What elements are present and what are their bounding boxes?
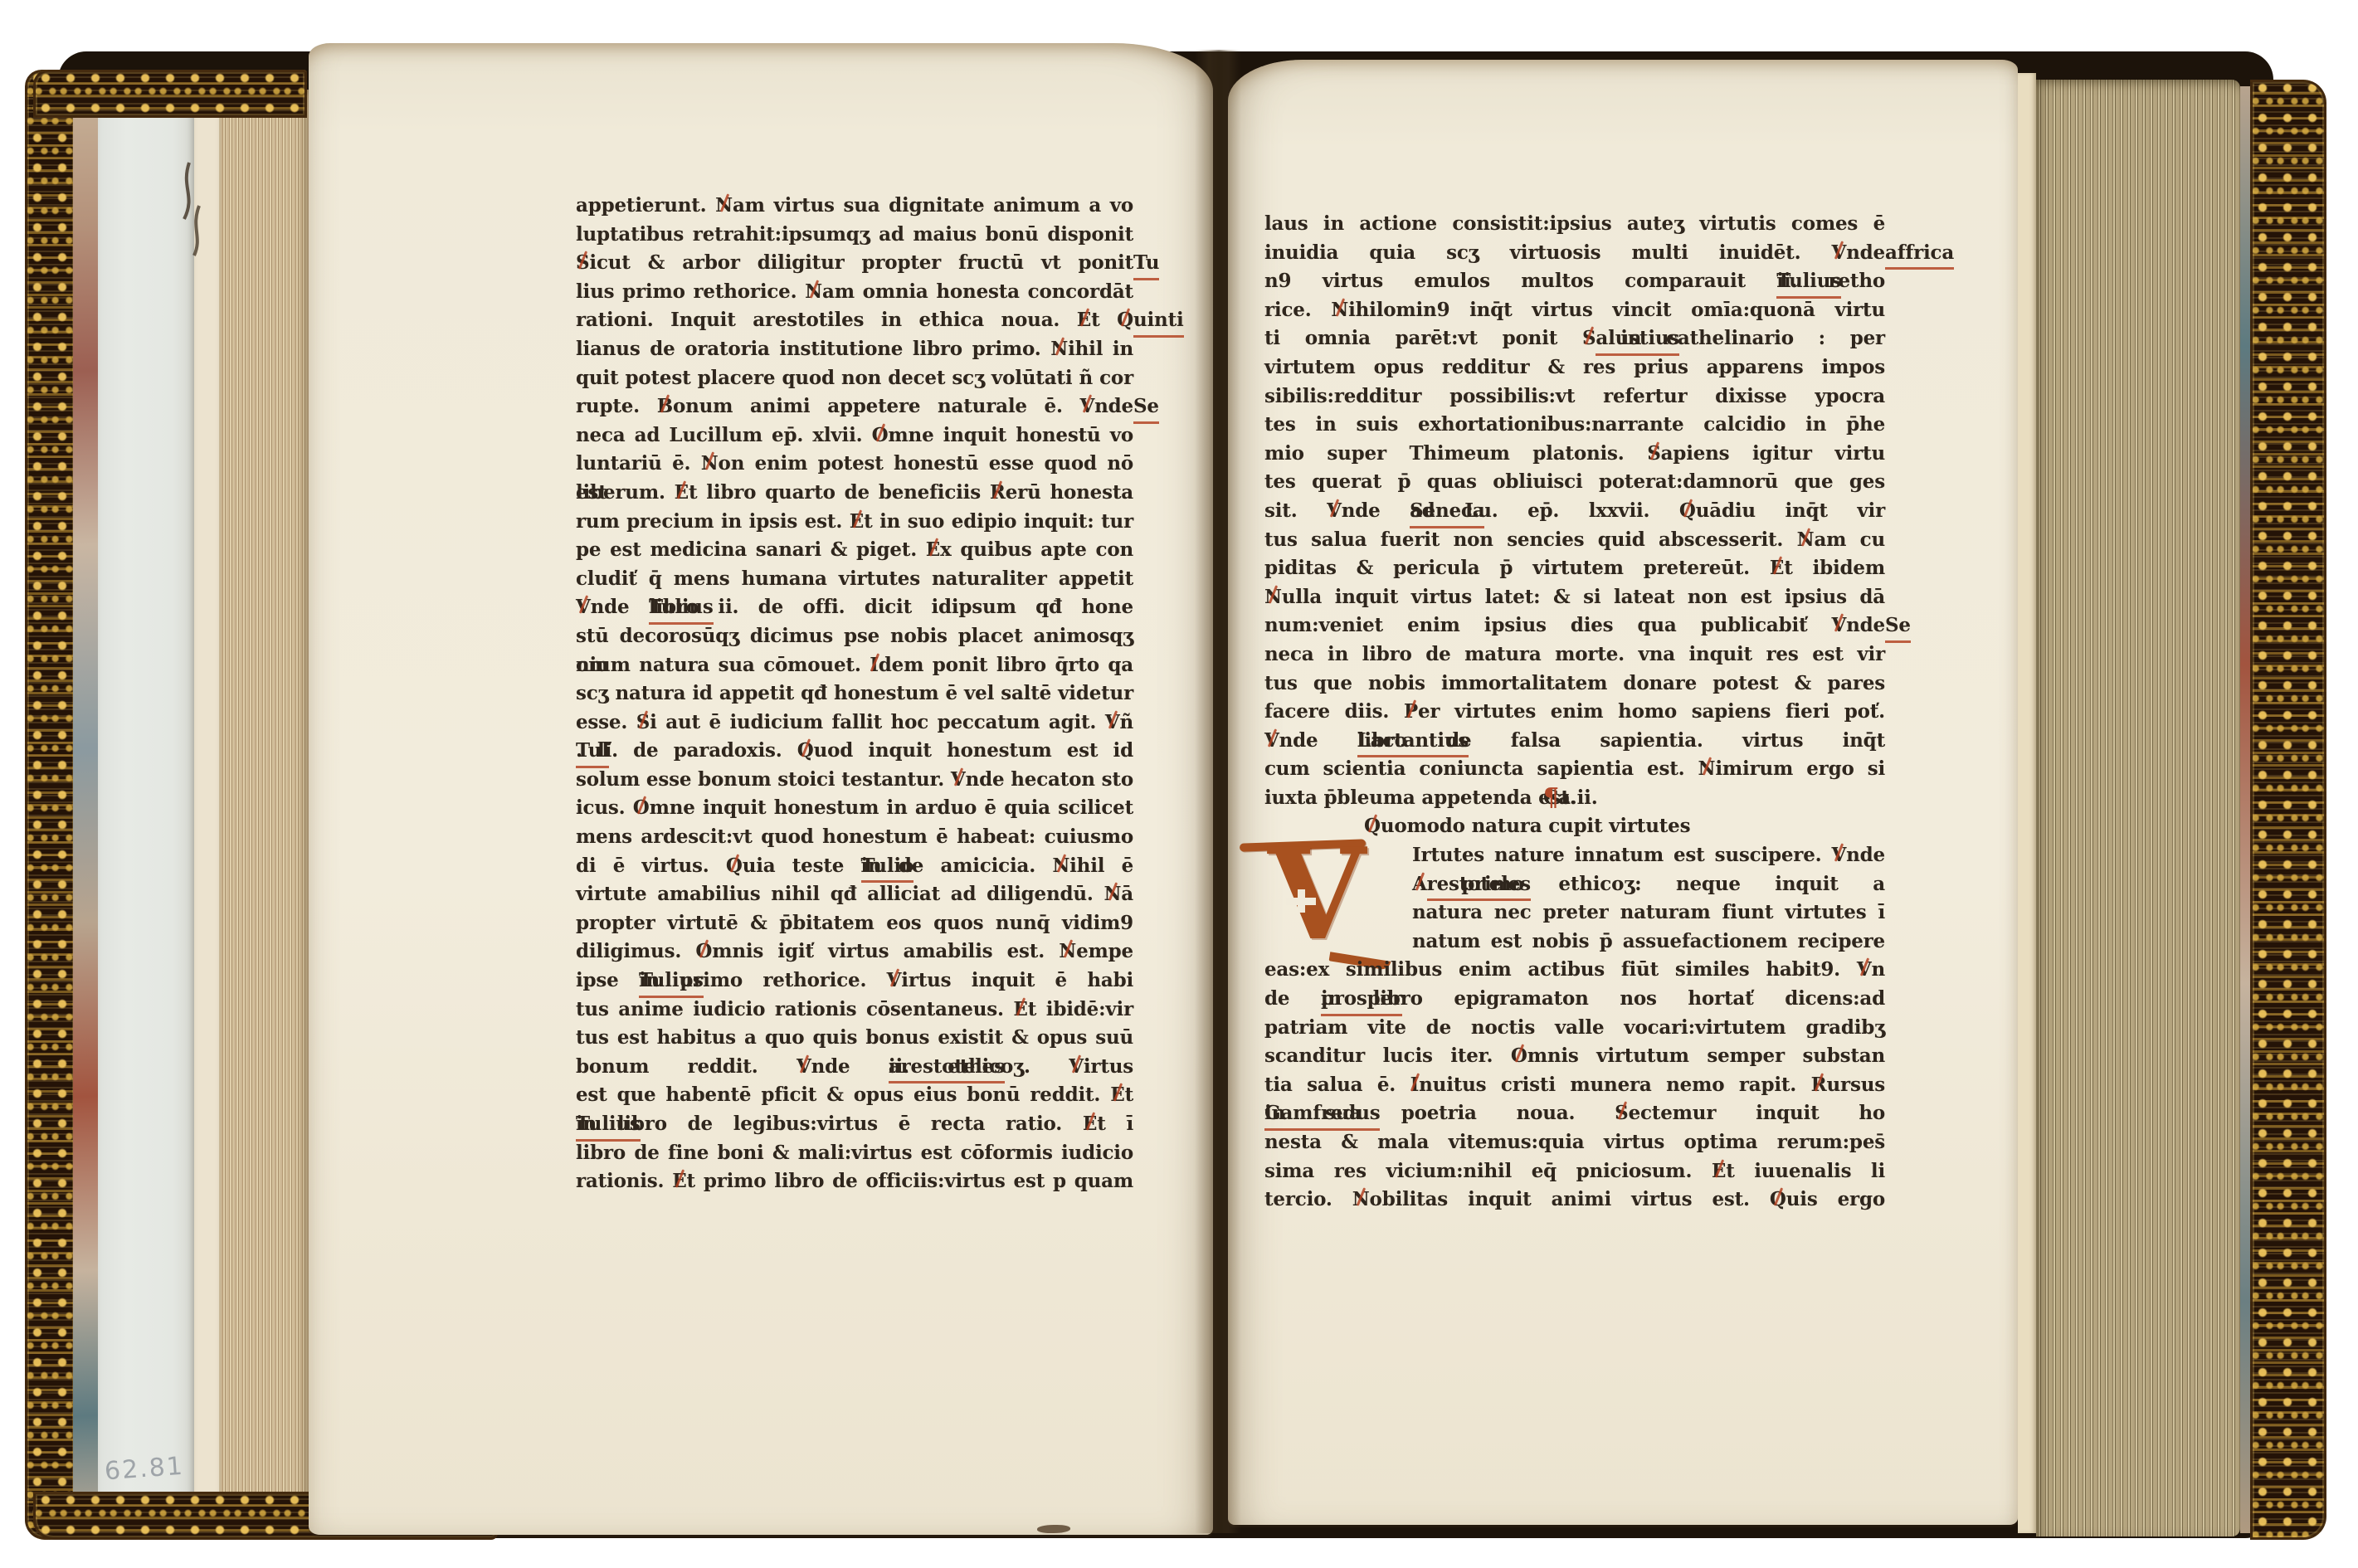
text-line: tus est habitus a quo quis bonus existit… <box>576 1024 1133 1053</box>
text-line: mio super Thimeum platonis. Sapiens igit… <box>1264 440 1885 469</box>
rubricated-capital: N <box>715 192 733 221</box>
rubricated-capital: I <box>1410 1071 1420 1100</box>
text-line: icus. Omne inquit honestum in arduo ē qu… <box>576 794 1133 823</box>
rubricated-capital: V <box>1327 497 1342 526</box>
rubricated-capital: I <box>870 651 879 680</box>
rubricated-capital: O <box>633 794 650 823</box>
rubricated-capital: R <box>1811 1071 1827 1100</box>
right-page-text-column: laus in actione consistit:ipsius auteʒ v… <box>1264 210 1885 1215</box>
interleaf-edge <box>194 93 221 1527</box>
ink-marks <box>171 159 221 259</box>
red-underlined-name: Tulio <box>861 852 914 884</box>
rubricated-capital: E <box>1013 996 1027 1025</box>
red-underlined-name: Lactantius <box>1357 727 1469 758</box>
rubricated-capital: V <box>1105 709 1120 738</box>
red-underlined-name: uinti <box>1133 306 1184 338</box>
rubricated-capital: N <box>1698 755 1716 784</box>
rubricated-capital: E <box>675 479 689 508</box>
text-line: Tulius in libro de legibus:virtus ē rect… <box>576 1110 1133 1139</box>
red-underlined-name: Se <box>1885 611 1911 643</box>
red-underlined-name: Tu <box>1133 249 1159 280</box>
rubricated-capital: B <box>657 392 673 421</box>
chapter-number-note: ¶Ca.ii. <box>1543 784 1598 813</box>
rubricated-capital: V <box>797 1053 811 1082</box>
rubricated-capital: E <box>1712 1157 1726 1186</box>
rubricated-capital: V <box>1264 727 1279 756</box>
rubricated-capital: E <box>926 536 940 565</box>
red-underlined-name: Tulius <box>639 967 704 998</box>
red-text: ¶ <box>1543 784 1559 813</box>
text-line: cludiť q̄ mens humana virtutes naturalit… <box>576 565 1133 594</box>
text-line: tes in suis exhortationibus:narrante cal… <box>1264 411 1885 440</box>
red-underlined-name: Gamfredus <box>1264 1099 1380 1131</box>
rubricated-capital: V <box>576 593 591 622</box>
text-line: appetierunt. Nam virtus sua dignitate an… <box>576 192 1133 221</box>
rubricated-capital: O <box>1511 1042 1527 1071</box>
rubricated-capital: P <box>1404 698 1418 727</box>
text-line: Gamfredus in sua poetria noua. Sectemur … <box>1264 1099 1885 1128</box>
flyleaf-edge: 62.81 <box>98 86 194 1530</box>
rubricated-capital: E <box>1083 1110 1097 1139</box>
rubricated-capital: S <box>1582 324 1596 353</box>
text-line: rationis. Et primo libro de officiis:vir… <box>576 1167 1133 1196</box>
red-underlined-name: restoteles <box>1427 870 1531 902</box>
text-line: n9 virtus emulos multos comparauit Tuliu… <box>1264 267 1885 296</box>
red-underlined-name: Tulius <box>576 1110 641 1142</box>
rubricated-capital: O <box>872 421 889 450</box>
text-line: num:veniet enim ipsius dies qua publicab… <box>1264 611 1885 640</box>
rubricated-capital: A <box>1412 870 1427 899</box>
rubricated-capital: N <box>1797 526 1815 555</box>
text-line: tus que nobis immortalitatem donare pote… <box>1264 670 1885 699</box>
left-cover-gilt-border <box>25 70 76 1540</box>
rubricated-capital: O <box>695 937 712 967</box>
text-line: iuxta p̄bleuma appetenda est.¶Ca.ii. <box>1264 784 1885 813</box>
text-line: neca ad Lucillum ep̄. xlvii. Omne inquit… <box>576 421 1133 450</box>
rubricated-capital: E <box>1770 554 1784 583</box>
page-edges-left <box>221 90 309 1530</box>
fore-edge-right <box>2036 80 2240 1536</box>
text-line: lianus de oratoria institutione libro pr… <box>576 335 1133 364</box>
fore-edge-highlight <box>2018 73 2036 1533</box>
text-line: di ē virtus. Quia teste Tulio in de amic… <box>576 852 1133 881</box>
rubricated-capital: Q <box>1117 306 1133 335</box>
text-line: libro de fine boni & mali:virtus est cōf… <box>576 1139 1133 1168</box>
rubricated-capital: Q <box>1679 497 1696 526</box>
text-line: rice. Nihilomin9 inq̄t virtus vincit omī… <box>1264 296 1885 325</box>
text-line: facere diis. Per virtutes enim homo sapi… <box>1264 698 1885 727</box>
text-line: liberum. Et libro quarto de beneficiis R… <box>576 479 1133 508</box>
rubricated-capital: E <box>1110 1081 1124 1110</box>
text-line: scanditur lucis iter. Omnis virtutum sem… <box>1264 1042 1885 1071</box>
left-page: appetierunt. Nam virtus sua dignitate an… <box>309 43 1213 1535</box>
text-line: Vnde Tulius libro ii. de offi. dicit idi… <box>576 593 1133 622</box>
text-line: cum scientia coniuncta sapientia est. Ni… <box>1264 755 1885 784</box>
text-line: sima res vicium:nihil eq̄ pniciosum. Et … <box>1264 1157 1885 1186</box>
text-line: esse. Si aut ē iudicium fallit hoc pecca… <box>576 709 1133 738</box>
text-line: bonum reddit. Vnde arestoteles ii. ethic… <box>576 1053 1133 1082</box>
rubricated-capital: N <box>701 450 719 479</box>
right-cover-gilt-border <box>2250 80 2326 1540</box>
text-line: Arestoteles primo ethicoʒ: neque inquit … <box>1264 870 1885 899</box>
red-underlined-name: Tuľ <box>576 737 609 768</box>
rubricated-capital: N <box>1052 852 1069 881</box>
rubricated-capital: V <box>887 967 902 996</box>
rubricated-capital: E <box>850 508 864 537</box>
text-line: natum est nobis p̄ assuefactionem recipe… <box>1264 928 1885 957</box>
text-line: scʒ natura id appetit qđ honestum ē vel … <box>576 679 1133 709</box>
text-line: tes querat p̄ quas obliuisci poterat:dam… <box>1264 468 1885 497</box>
text-line: tercio. Nobilitas inquit animi virtus es… <box>1264 1186 1885 1215</box>
text-line: VIrtutes nature innatum est suscipere. V… <box>1264 841 1885 870</box>
text-line: sit. Vnde Seneca ad Lu. ep̄. lxxvii. Quā… <box>1264 497 1885 526</box>
text-line: propter virtutē & p̄bitatem eos quos nun… <box>576 909 1133 938</box>
text-line: eas:ex similibus enim actibus fiūt simil… <box>1264 956 1885 985</box>
open-incunable-book-photo: 62.81 appetierunt. Nam virtus sua dignit… <box>0 0 2358 1568</box>
text-line: quit potest placere quod non decet scʒ v… <box>576 364 1133 393</box>
rubricated-capital: Q <box>1770 1186 1786 1215</box>
rubricated-capital: N <box>1264 583 1282 612</box>
rubricated-capital: N <box>1050 335 1068 364</box>
text-line: virtute amabilius nihil qđ alliciat ad d… <box>576 880 1133 909</box>
rubricated-capital: N <box>1352 1186 1370 1215</box>
text-line: luntariū ē. Non enim potest honestū esse… <box>576 450 1133 479</box>
rubricated-capital: N <box>1059 937 1076 967</box>
red-underlined-name: Tulius <box>649 593 714 625</box>
text-line: rupte. Bonum animi appetere naturale ē. … <box>576 392 1133 421</box>
rubricated-capital: N <box>1331 296 1348 325</box>
text-line: est que habentē pficit & opus eius bonū … <box>576 1081 1133 1110</box>
red-underlined-name: Seneca <box>1410 497 1484 528</box>
right-page: laus in actione consistit:ipsius auteʒ v… <box>1228 60 2018 1525</box>
red-underlined-name: arestoteles <box>889 1053 1005 1084</box>
text-line: stū decorosūqʒ dicimus pse nobis placet … <box>576 622 1133 651</box>
rubricated-capital: V <box>1857 956 1872 985</box>
text-line: nesta & mala vitemus:quia virtus optima … <box>1264 1128 1885 1157</box>
rubricated-capital: Q <box>797 737 814 766</box>
text-line: tus salua fuerit non sencies quid absces… <box>1264 526 1885 555</box>
text-line: pe est medicina sanari & piget. Ex quibu… <box>576 536 1133 565</box>
text-line: laus in actione consistit:ipsius auteʒ v… <box>1264 210 1885 239</box>
rubricated-capital: V <box>1832 841 1847 870</box>
text-line: ti omnia parēt:vt ponit Salustius in cat… <box>1264 324 1885 353</box>
text-line: Tuľ. li. de paradoxis. Quod inquit hones… <box>576 737 1133 766</box>
rubricated-capital: V <box>1832 611 1847 640</box>
text-line: rationi. Inquit arestotiles in ethica no… <box>576 306 1133 335</box>
text-line: tus anime iudicio rationis cōsentaneus. … <box>576 996 1133 1025</box>
rubricated-capital: S <box>636 709 650 738</box>
text-line: inuidia quia scʒ virtuosis multi inuidēt… <box>1264 239 1885 268</box>
text-line: lius primo rethorice. Nam omnia honesta … <box>576 278 1133 307</box>
text-line: Nulla inquit virtus latet: & si lateat n… <box>1264 583 1885 612</box>
text-line: Sicut & arbor diligitur propter fructū v… <box>576 249 1133 278</box>
text-line: sibilis:redditur possibilis:vt refertur … <box>1264 382 1885 411</box>
rubricated-capital: S <box>576 249 589 278</box>
red-underlined-name: Se <box>1133 392 1159 424</box>
text-line: luptatibus retrahit:ipsumqʒ ad maius bon… <box>576 221 1133 250</box>
text-line: virtutem opus redditur & res prius appar… <box>1264 353 1885 382</box>
text-line: diligimus. Omnis igiť virtus amabilis es… <box>576 937 1133 967</box>
rubricated-capital: V <box>1832 239 1847 268</box>
text-line: nium natura sua cōmouet. Idem ponit libr… <box>576 651 1133 680</box>
text-line: neca in libro de matura morte. vna inqui… <box>1264 640 1885 670</box>
rubricated-capital: R <box>990 479 1006 508</box>
red-underlined-name: Tulius <box>1776 267 1841 299</box>
rubricated-capital: N <box>1103 880 1121 909</box>
text-line: Vnde Lactantius libro de falsa sapientia… <box>1264 727 1885 756</box>
rubricated-capital: V <box>951 766 966 795</box>
rubricated-capital: E <box>1077 306 1091 335</box>
paper-speck <box>1037 1525 1070 1533</box>
text-line: ipse Tulius in primo rethorice. Virtus i… <box>576 967 1133 996</box>
text-line: solum esse bonum stoici testantur. Vnde … <box>576 766 1133 795</box>
text-line: natura nec preter naturam fiunt virtutes… <box>1264 898 1885 928</box>
rubricated-capital: S <box>1647 440 1660 469</box>
left-cover-gilt-top <box>33 70 307 118</box>
rubricated-capital: S <box>1615 1099 1628 1128</box>
text-line: piditas & pericula p̄ virtutem pretereūt… <box>1264 554 1885 583</box>
text-line: mens ardescit:vt quod honestum ē habeat:… <box>576 823 1133 852</box>
text-line: de prosper in libro epigramaton nos hort… <box>1264 985 1885 1014</box>
text-line: patriam vite de noctis valle vocari:virt… <box>1264 1014 1885 1043</box>
rubricated-capital: V <box>1080 392 1095 421</box>
marbled-endpaper-edge-left <box>73 81 98 1531</box>
rubricated-capital: Q <box>726 852 743 881</box>
rubricated-capital: N <box>805 278 822 307</box>
pencil-shelfmark: 62.81 <box>104 1452 185 1487</box>
rubricated-capital: Q <box>1364 812 1381 841</box>
text-line: tia salua ē. Inuitus cristi munera nemo … <box>1264 1071 1885 1100</box>
left-page-text-column: appetierunt. Nam virtus sua dignitate an… <box>576 192 1133 1196</box>
rubricated-capital: V <box>1069 1053 1084 1082</box>
rubricated-capital: E <box>672 1167 686 1196</box>
red-underlined-name: affrica <box>1885 239 1954 270</box>
red-underlined-name: alustius <box>1596 324 1679 356</box>
text-line: rum precium in ipsis est. Et in suo edip… <box>576 508 1133 537</box>
red-underlined-name: prosper <box>1321 985 1402 1016</box>
